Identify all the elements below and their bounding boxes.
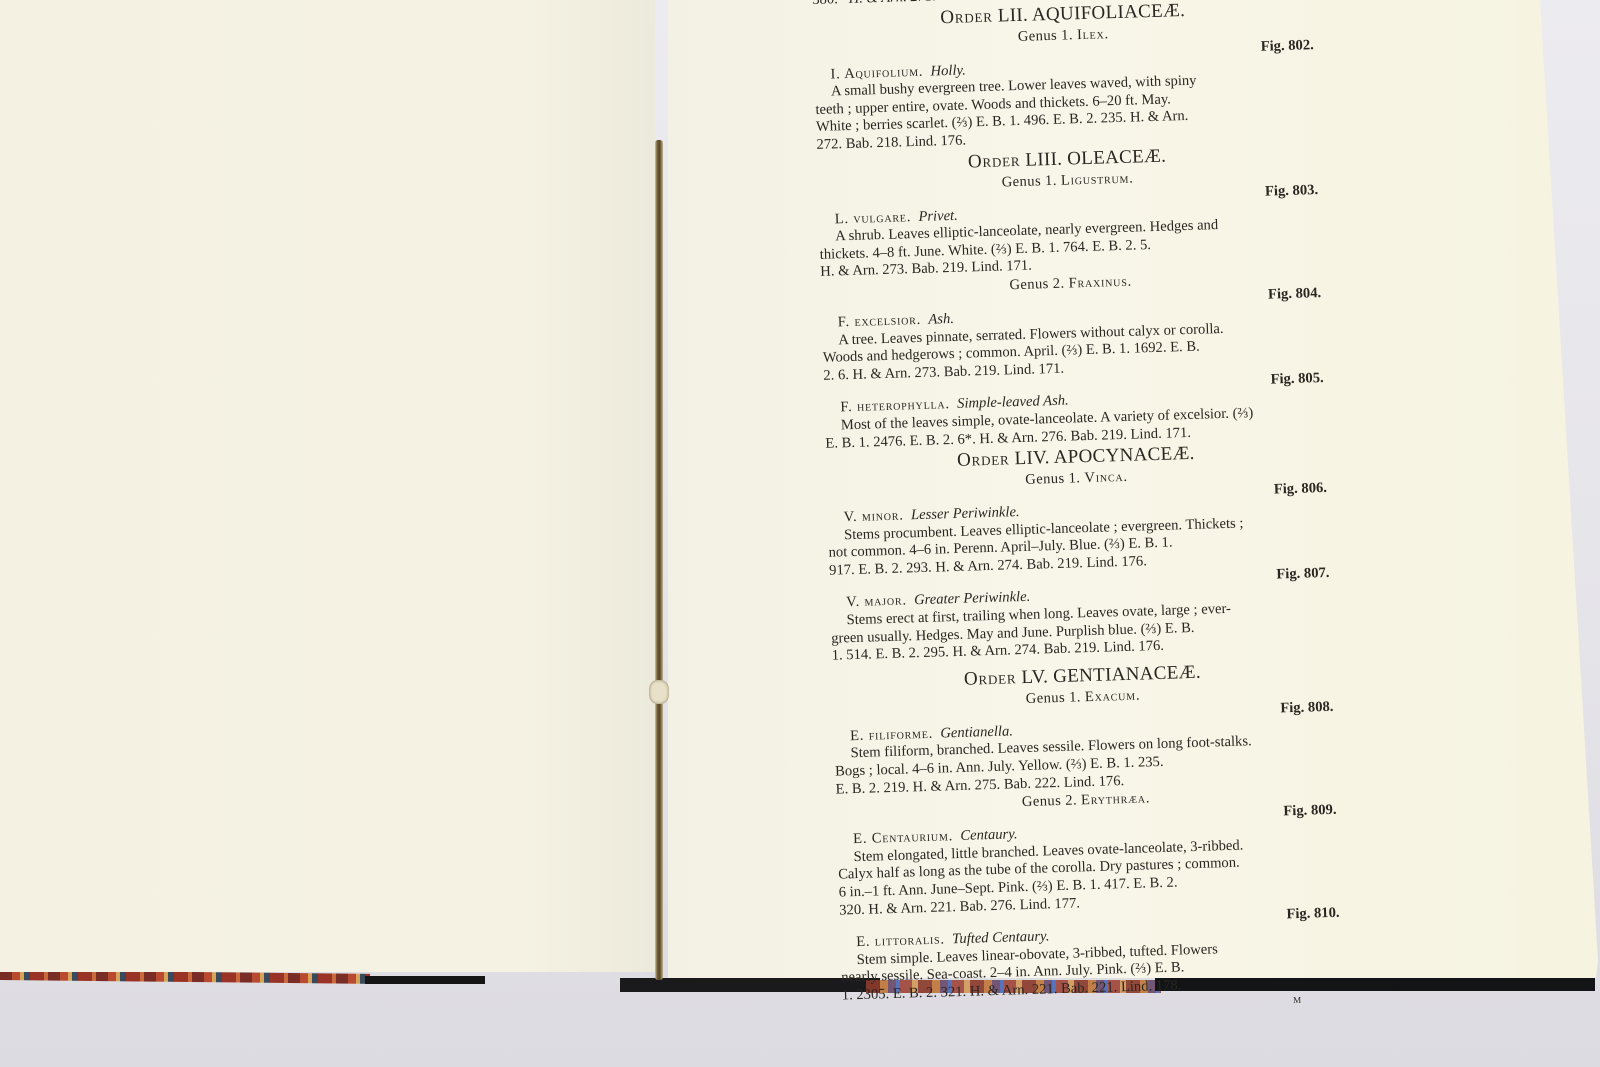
order-prefix: Order — [957, 448, 1010, 471]
order-prefix: Order — [964, 667, 1017, 690]
common-name: Ash. — [928, 311, 954, 328]
binding-thread-knot — [649, 680, 669, 704]
common-name: Holly. — [930, 62, 966, 79]
species-name: F. excelsior. — [838, 312, 922, 330]
order-title: LIV. APOCYNACEÆ. — [1014, 443, 1195, 469]
left-page-blank — [0, 0, 655, 972]
common-name: Simple-leaved Ash. — [957, 393, 1069, 412]
genus-label: Genus 2. — [1009, 276, 1065, 294]
fragment-number: 580. — [812, 0, 838, 8]
species-name: F. heterophylla. — [840, 396, 950, 415]
genus-label: Genus 1. — [1026, 689, 1082, 707]
order-title: LII. AQUIFOLIACEÆ. — [997, 0, 1185, 26]
genus-name: Fraxinus. — [1068, 274, 1132, 292]
order-prefix: Order — [968, 149, 1021, 172]
genus-name: Exacum. — [1085, 687, 1141, 705]
common-name: Lesser Periwinkle. — [911, 504, 1020, 523]
species-name: L. vulgare. — [835, 209, 912, 227]
page-text-block: 580. H. & Arn. 271. Bab. 218. Order LII.… — [812, 0, 1342, 1023]
cover-spine-edge-left — [365, 976, 485, 984]
book-gutter-spine — [645, 140, 675, 980]
common-name: Tufted Centaury. — [952, 929, 1050, 948]
common-name: Centaury. — [960, 826, 1018, 844]
species-name: I. Aquifolium. — [830, 63, 923, 82]
species-name: V. minor. — [843, 508, 904, 526]
torn-binding-strip — [655, 140, 663, 980]
common-name: Gentianella. — [940, 723, 1013, 741]
species-name: E. littoralis. — [856, 932, 945, 951]
fragment-ref-bab: Bab. 218. — [947, 0, 1004, 4]
genus-name: Erythræa. — [1081, 791, 1151, 809]
order-prefix: Order — [940, 5, 993, 28]
genus-label: Genus 1. — [1001, 172, 1057, 190]
common-name: Greater Periwinkle. — [914, 589, 1031, 608]
genus-name: Ilex. — [1077, 26, 1109, 43]
fragment-ref: H. & Arn. 271. — [848, 0, 936, 7]
order-title: LV. GENTIANACEÆ. — [1021, 662, 1201, 688]
order-title: LIII. OLEACEÆ. — [1025, 145, 1166, 170]
genus-label: Genus 2. — [1022, 793, 1078, 811]
genus-name: Ligustrum. — [1061, 170, 1134, 188]
species-name: E. Centaurium. — [853, 828, 953, 847]
genus-label: Genus 1. — [1025, 470, 1081, 488]
species-name: V. major. — [846, 593, 907, 611]
genus-name: Vinca. — [1084, 469, 1128, 486]
species-name: E. filiforme. — [850, 726, 933, 744]
common-name: Privet. — [918, 207, 958, 224]
genus-label: Genus 1. — [1018, 27, 1074, 45]
